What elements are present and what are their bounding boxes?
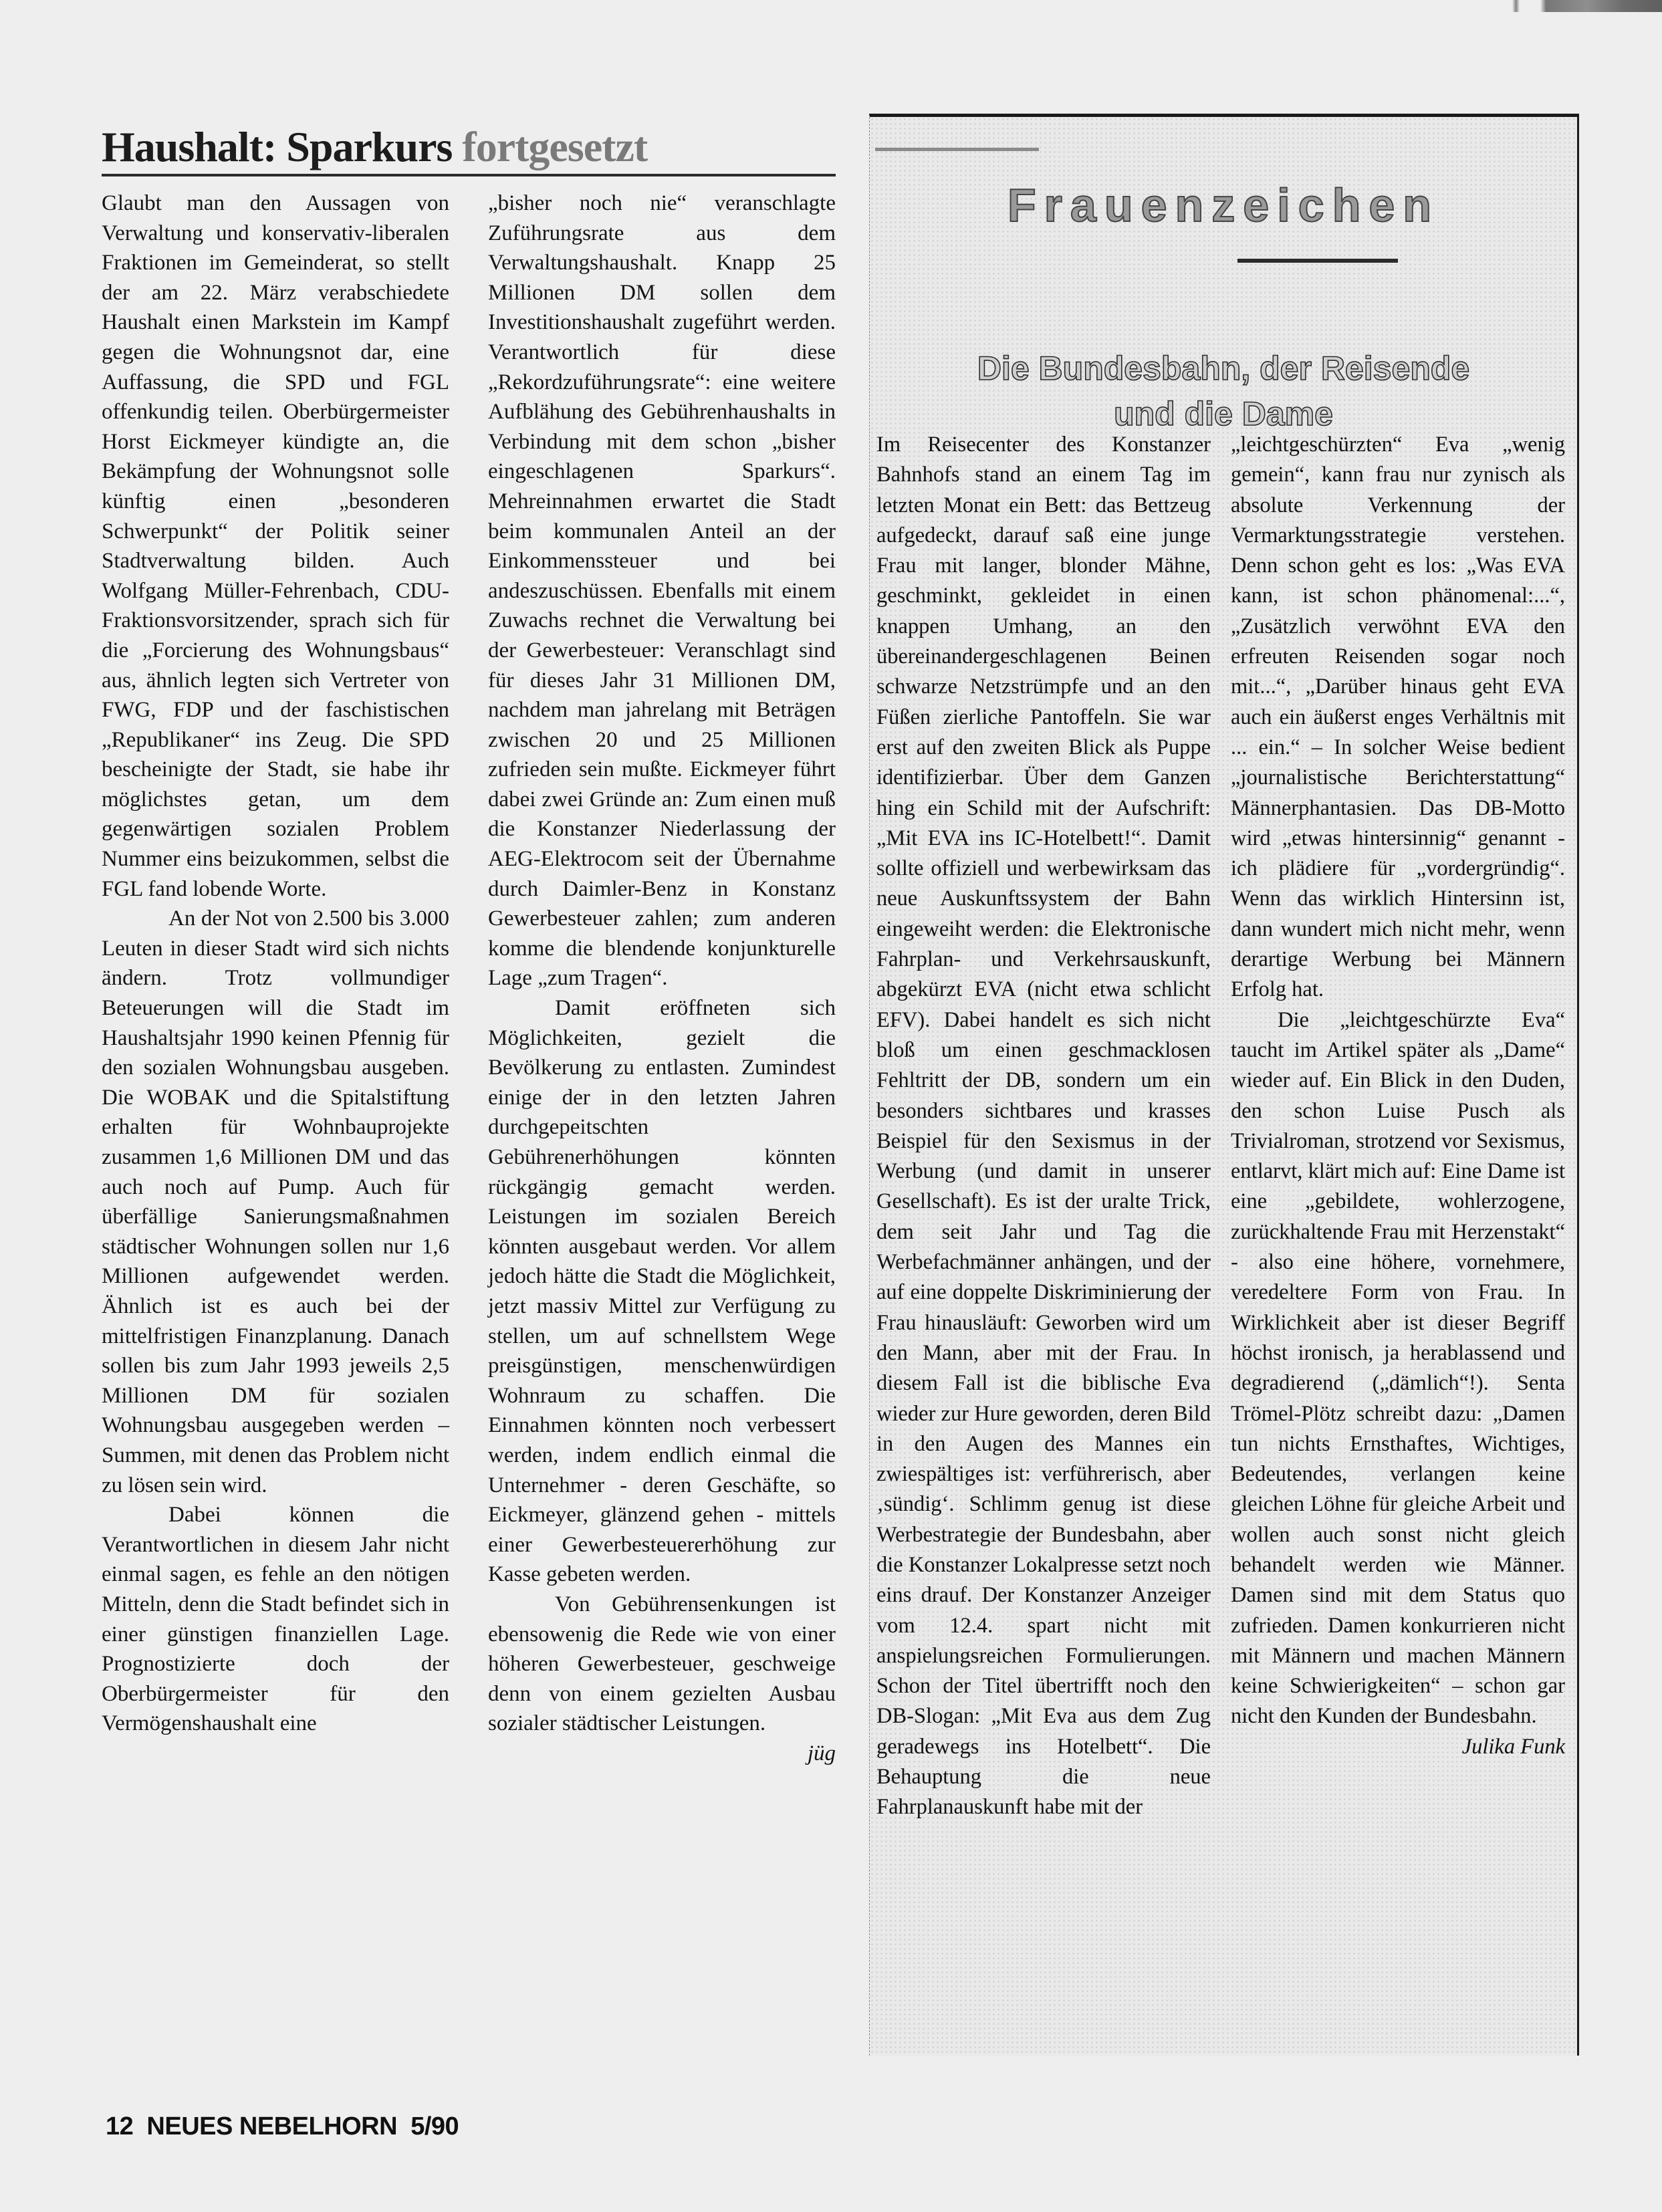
paragraph-text: Von Gebührensenkungen ist ebensowenig di… xyxy=(488,1592,836,1735)
scan-edge-artifact xyxy=(1475,0,1662,12)
section-title: Frauenzeichen xyxy=(870,178,1577,232)
article-column-2: „bisher noch nie“ veranschlagte Zuführun… xyxy=(488,189,836,1768)
article-headline: Haushalt: Sparkurs fortgesetzt xyxy=(102,120,836,174)
paragraph: Glaubt man den Aussagen von Verwaltung u… xyxy=(102,189,449,904)
box-column-1: Im Reisecenter des Konstanzer Bahnhofs s… xyxy=(876,430,1211,1823)
page-number: 12 xyxy=(106,2112,133,2140)
paragraph: An der Not von 2.500 bis 3.000 Leuten in… xyxy=(102,904,449,1500)
headline-faded: fortgesetzt xyxy=(462,123,647,170)
author-signature: Julika Funk xyxy=(1415,1732,1565,1762)
section-rule xyxy=(1237,259,1398,263)
box-column-2: „leichtgeschürzten“ Eva „wenig gemein“, … xyxy=(1231,430,1565,1823)
issue-number: 5/90 xyxy=(410,2112,459,2140)
frauenzeichen-box: Frauenzeichen Die Bundesbahn, der Reisen… xyxy=(869,114,1579,2056)
page-footer: 12 NEUES NEBELHORN 5/90 xyxy=(106,2112,459,2141)
box-columns: Im Reisecenter des Konstanzer Bahnhofs s… xyxy=(876,430,1565,1823)
paragraph-last: Die „leichtgeschürzte Eva“ taucht im Art… xyxy=(1231,1005,1565,1732)
paragraph: Damit eröffneten sich Möglichkeiten, gez… xyxy=(488,993,836,1590)
article-columns: Glaubt man den Aussagen von Verwaltung u… xyxy=(102,189,836,1768)
article-haushalt: Haushalt: Sparkurs fortgesetzt Glaubt ma… xyxy=(102,120,836,1768)
paragraph-last: Von Gebührensenkungen ist ebensowenig di… xyxy=(488,1590,836,1739)
author-signature: jüg xyxy=(741,1739,836,1769)
paragraph: „leichtgeschürzten“ Eva „wenig gemein“, … xyxy=(1231,430,1565,1005)
headline-main: Haushalt: Sparkurs xyxy=(102,123,462,170)
box-top-rule xyxy=(875,148,1039,151)
box-headline-line-2: und die Dame xyxy=(1114,395,1333,433)
box-headline-line-1: Die Bundesbahn, der Reisende xyxy=(977,350,1469,387)
article-column-1: Glaubt man den Aussagen von Verwaltung u… xyxy=(102,189,449,1768)
box-headline: Die Bundesbahn, der Reisende und die Dam… xyxy=(870,346,1577,437)
paragraph: „bisher noch nie“ veranschlagte Zuführun… xyxy=(488,189,836,993)
paragraph: Dabei können die Verantwortlichen in die… xyxy=(102,1500,449,1739)
headline-rule xyxy=(102,174,836,176)
paragraph-text: Die „leichtgeschürzte Eva“ taucht im Art… xyxy=(1231,1008,1565,1729)
paragraph: Im Reisecenter des Konstanzer Bahnhofs s… xyxy=(876,430,1211,1823)
publication-name: NEUES NEBELHORN xyxy=(146,2112,397,2140)
